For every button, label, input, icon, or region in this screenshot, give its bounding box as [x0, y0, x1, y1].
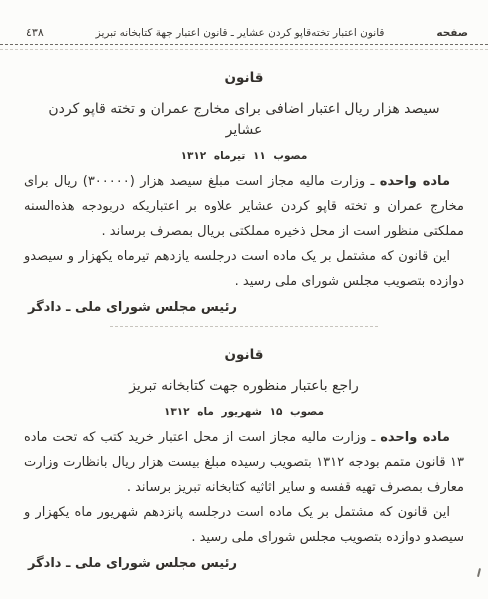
article-paragraph: ماده واحده ـ وزارت مالیه مجاز است از محل… — [24, 425, 464, 500]
law-heading: قانون — [0, 70, 488, 86]
ratification-paragraph: این قانون که مشتمل بر یک ماده است درجلسه… — [24, 500, 464, 550]
law-heading: قانون — [0, 347, 488, 363]
law-title: راجع باعتبار منظوره جهت کتابخانه تبریز — [30, 376, 458, 397]
article-label: ماده واحده — [380, 174, 450, 189]
section-separator — [110, 326, 378, 327]
page-label: صفحه — [436, 27, 468, 39]
document-page: صفحه قانون اعتبار تخته‌قاپو کردن عشایر ـ… — [0, 0, 488, 599]
law-title: سیصد هزار ریال اعتبار اضافی برای مخارج ع… — [30, 99, 458, 141]
law-section-1: قانون سیصد هزار ریال اعتبار اضافی برای م… — [0, 70, 488, 315]
header-rule — [0, 44, 488, 50]
signature-line: رئیس مجلس شورای ملی ـ دادگر — [28, 556, 488, 571]
running-title: قانون اعتبار تخته‌قاپو کردن عشایر ـ قانو… — [44, 27, 437, 39]
article-paragraph: ماده واحده ـ وزارت مالیه مجاز است مبلغ س… — [24, 169, 464, 244]
page-number: ٤٣٨ — [26, 26, 44, 39]
page-header: صفحه قانون اعتبار تخته‌قاپو کردن عشایر ـ… — [0, 0, 488, 39]
law-article: ماده واحده ـ وزارت مالیه مجاز است مبلغ س… — [24, 169, 464, 294]
law-approval-date: مصوب ۱۵ شهریور ماه ۱۳۱۲ — [0, 406, 488, 418]
law-approval-date: مصوب ۱۱ تیرماه ۱۳۱۲ — [0, 150, 488, 162]
article-label: ماده واحده — [380, 430, 450, 445]
law-section-2: قانون راجع باعتبار منظوره جهت کتابخانه ت… — [0, 347, 488, 571]
ratification-paragraph: این قانون که مشتمل بر یک ماده است درجلسه… — [24, 244, 464, 294]
signature-line: رئیس مجلس شورای ملی ـ دادگر — [28, 300, 488, 315]
law-article: ماده واحده ـ وزارت مالیه مجاز است از محل… — [24, 425, 464, 550]
